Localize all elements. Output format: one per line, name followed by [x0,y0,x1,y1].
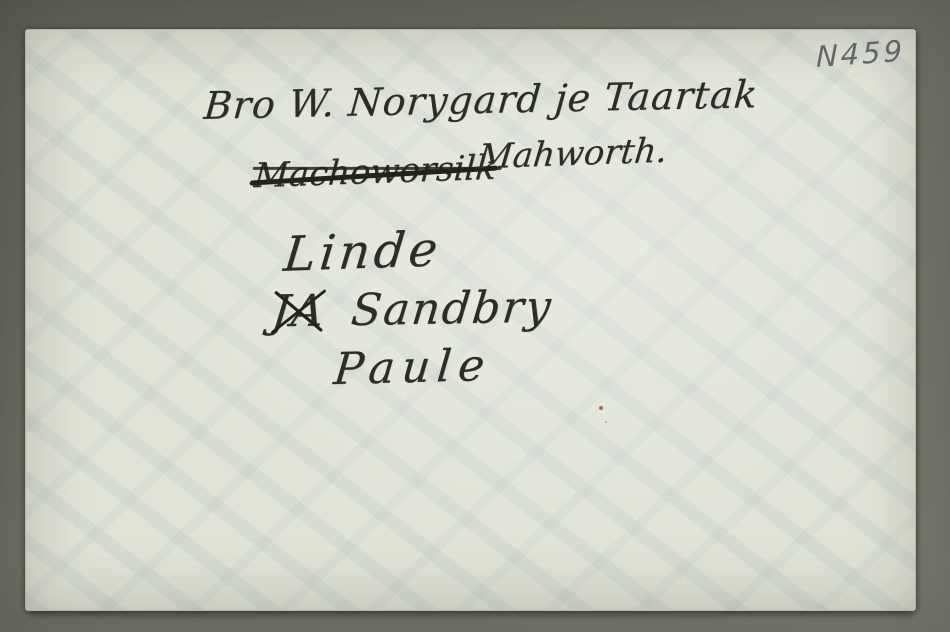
handwriting-line-2-struck-word: Machoworsilk [253,148,498,197]
paper-speck-small [605,421,607,423]
catalog-number: N459 [816,32,926,74]
handwriting-line-1: Bro W. Norygard je Taartak [202,72,760,128]
struck-word: Machoworsilk [253,148,498,197]
handwriting-line-2-rewrite: Mahworth. [476,131,669,178]
envelope: N459 Bro W. Norygard je Taartak Machowor… [25,29,916,611]
photo-background: N459 Bro W. Norygard je Taartak Machowor… [0,0,950,632]
handwriting-line-3: Linde [281,221,444,283]
handwriting-line-4: JASandbry [269,282,555,338]
paper-speck [599,406,603,410]
handwriting-line-5: Paule [332,340,494,395]
handwriting-line-4-word: Sandbry [349,282,555,337]
crossed-out-initials: JA [269,285,328,337]
